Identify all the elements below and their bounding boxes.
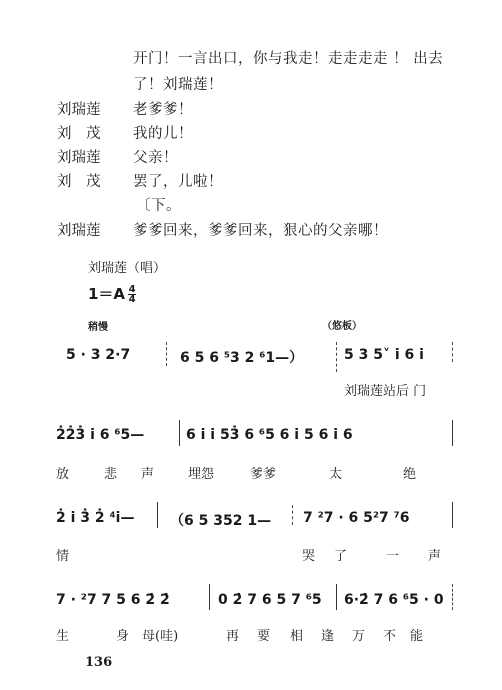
barline	[452, 584, 453, 610]
lyric: 生	[56, 625, 69, 644]
dialogue-continuation-2: 了！刘瑞莲！	[133, 73, 223, 94]
speaker-name: 刘瑞莲	[57, 219, 101, 240]
lyric: 声	[428, 545, 441, 564]
notation-measure: 6 5 6 ⁵3 2 ⁶1—）	[180, 347, 303, 367]
dialogue-line: 罢了，儿啦！	[133, 170, 223, 191]
lyric: 放	[56, 463, 69, 482]
notation-measure: 7 ²7 · 6 5²7 ⁷6	[303, 510, 410, 526]
lyric: 情	[56, 545, 69, 564]
notation-measure: 7 · ²7 7 5 6 2̇ 2̇	[56, 592, 170, 608]
barline	[336, 342, 337, 372]
notation-measure: 6·2̇ 7 6 ⁶5 · 0	[344, 592, 444, 608]
barline	[179, 420, 180, 446]
notation-measure: 5 · 3 2·7	[66, 347, 130, 363]
barline	[157, 502, 158, 528]
key-signature: 1＝A44	[88, 283, 136, 304]
lyric: 埋怨	[188, 463, 214, 482]
notation-measure: 2̇ i 3̇ 2̇ ⁴i—	[56, 510, 134, 526]
lyric: 爹爹	[250, 463, 276, 482]
notation-measure: 2̇2̇3̇ i 6 ⁶5—	[56, 427, 144, 443]
speaker-name: 刘 茂	[57, 122, 101, 143]
lyric: 母(哇)	[142, 625, 178, 644]
lyric: 声	[141, 463, 154, 482]
tempo-marking: 稍慢	[88, 318, 108, 333]
dialogue-continuation-1: 开门！一言出口，你与我走！走走走走 ！ 出去	[133, 47, 443, 68]
barline	[292, 505, 293, 525]
lyric: 不	[383, 625, 396, 644]
stage-direction: 〔下。	[136, 194, 181, 215]
time-signature: 44	[128, 285, 136, 304]
barline	[166, 342, 167, 366]
page-number: 136	[85, 655, 112, 670]
dialogue-line: 我的儿！	[133, 122, 193, 143]
lyric: 身	[116, 625, 129, 644]
notation-measure: 5 3 5˅ i 6 i	[344, 347, 424, 363]
dialogue-line: 父亲！	[133, 146, 178, 167]
lyric: 一	[386, 545, 399, 564]
lyric: 哭	[302, 545, 315, 564]
barline	[209, 584, 210, 610]
lyric: 逢	[321, 625, 334, 644]
dialogue-line: 老爹爹！	[133, 98, 193, 119]
lyric: 相	[290, 625, 303, 644]
notation-measure: 0 2̇ 7 6 5 7 ⁶5	[218, 592, 322, 608]
notation-measure: （6 5 352 1—	[170, 510, 271, 530]
lyric: 悲	[104, 463, 117, 482]
speaker-name: 刘 茂	[57, 170, 101, 191]
lyric: 刘瑞莲站后 门	[344, 380, 426, 399]
barline	[336, 584, 337, 610]
dialogue-line: 爹爹回来，爹爹回来，狠心的父亲哪！	[133, 219, 388, 240]
tempo-marking-right: （悠板）	[322, 317, 362, 332]
singer-label: 刘瑞莲（唱）	[88, 257, 166, 276]
lyric: 万	[352, 625, 365, 644]
lyric: 要	[257, 625, 270, 644]
lyric: 绝	[403, 463, 416, 482]
speaker-name: 刘瑞莲	[57, 98, 101, 119]
key-label: 1＝A	[88, 285, 125, 303]
lyric: 能	[410, 625, 423, 644]
notation-measure: 6 i i 53̇ 6 ⁶5 6 i 5 6 i 6	[186, 427, 353, 443]
lyric: 再	[226, 625, 239, 644]
barline	[452, 420, 453, 446]
lyric: 了	[334, 545, 347, 564]
barline	[452, 502, 453, 528]
lyric: 太	[329, 463, 342, 482]
speaker-name: 刘瑞莲	[57, 146, 101, 167]
barline	[452, 342, 453, 362]
